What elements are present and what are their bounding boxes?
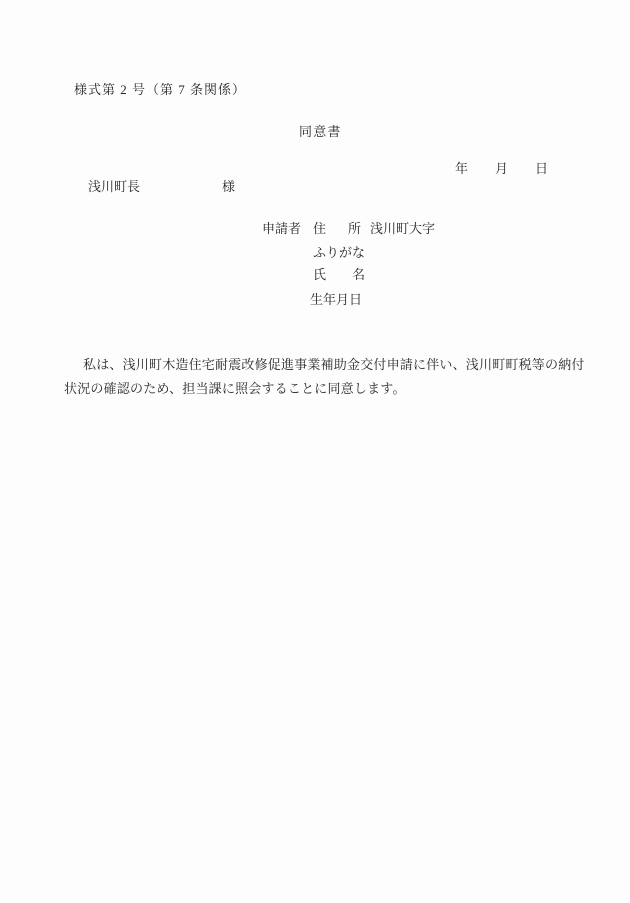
- name-label-right: 名: [352, 267, 365, 282]
- applicant-birthdate-row: 生年月日: [0, 292, 630, 307]
- consent-line-2: 状況の確認のため、担当課に照会することに同意します。: [64, 377, 576, 401]
- form-number: 様式第 2 号（第 7 条関係）: [74, 79, 246, 98]
- date-month-label: 月: [495, 161, 508, 176]
- document-title: 同意書: [299, 121, 342, 140]
- consent-paragraph: 私は、浅川町木造住宅耐震改修促進事業補助金交付申請に伴い、浅川町町税等の納付 状…: [64, 353, 576, 400]
- date-day-label: 日: [535, 161, 548, 176]
- addressee-name: 浅川町長: [88, 179, 140, 194]
- addressee-honorific: 様: [222, 179, 235, 194]
- address-value: 浅川町大字: [370, 221, 435, 236]
- applicant-label: 申請者: [262, 221, 301, 236]
- date-line: 年 月 日: [0, 161, 630, 176]
- applicant-address-row: 申請者 住 所 浅川町大字: [0, 221, 630, 236]
- address-label-right: 所: [348, 221, 361, 236]
- addressee-line: 浅川町長 様: [0, 179, 630, 194]
- address-label-left: 住: [313, 221, 326, 236]
- applicant-name-row: 氏 名: [0, 267, 630, 282]
- furigana-label: ふりがな: [313, 245, 365, 260]
- applicant-furigana-row: ふりがな: [0, 245, 630, 260]
- date-year-label: 年: [455, 161, 468, 176]
- name-label-left: 氏: [313, 267, 326, 282]
- birthdate-label: 生年月日: [310, 292, 362, 307]
- consent-line-1: 私は、浅川町木造住宅耐震改修促進事業補助金交付申請に伴い、浅川町町税等の納付: [64, 353, 576, 377]
- document-page: 様式第 2 号（第 7 条関係） 同意書 年 月 日 浅川町長 様 申請者 住 …: [0, 0, 630, 903]
